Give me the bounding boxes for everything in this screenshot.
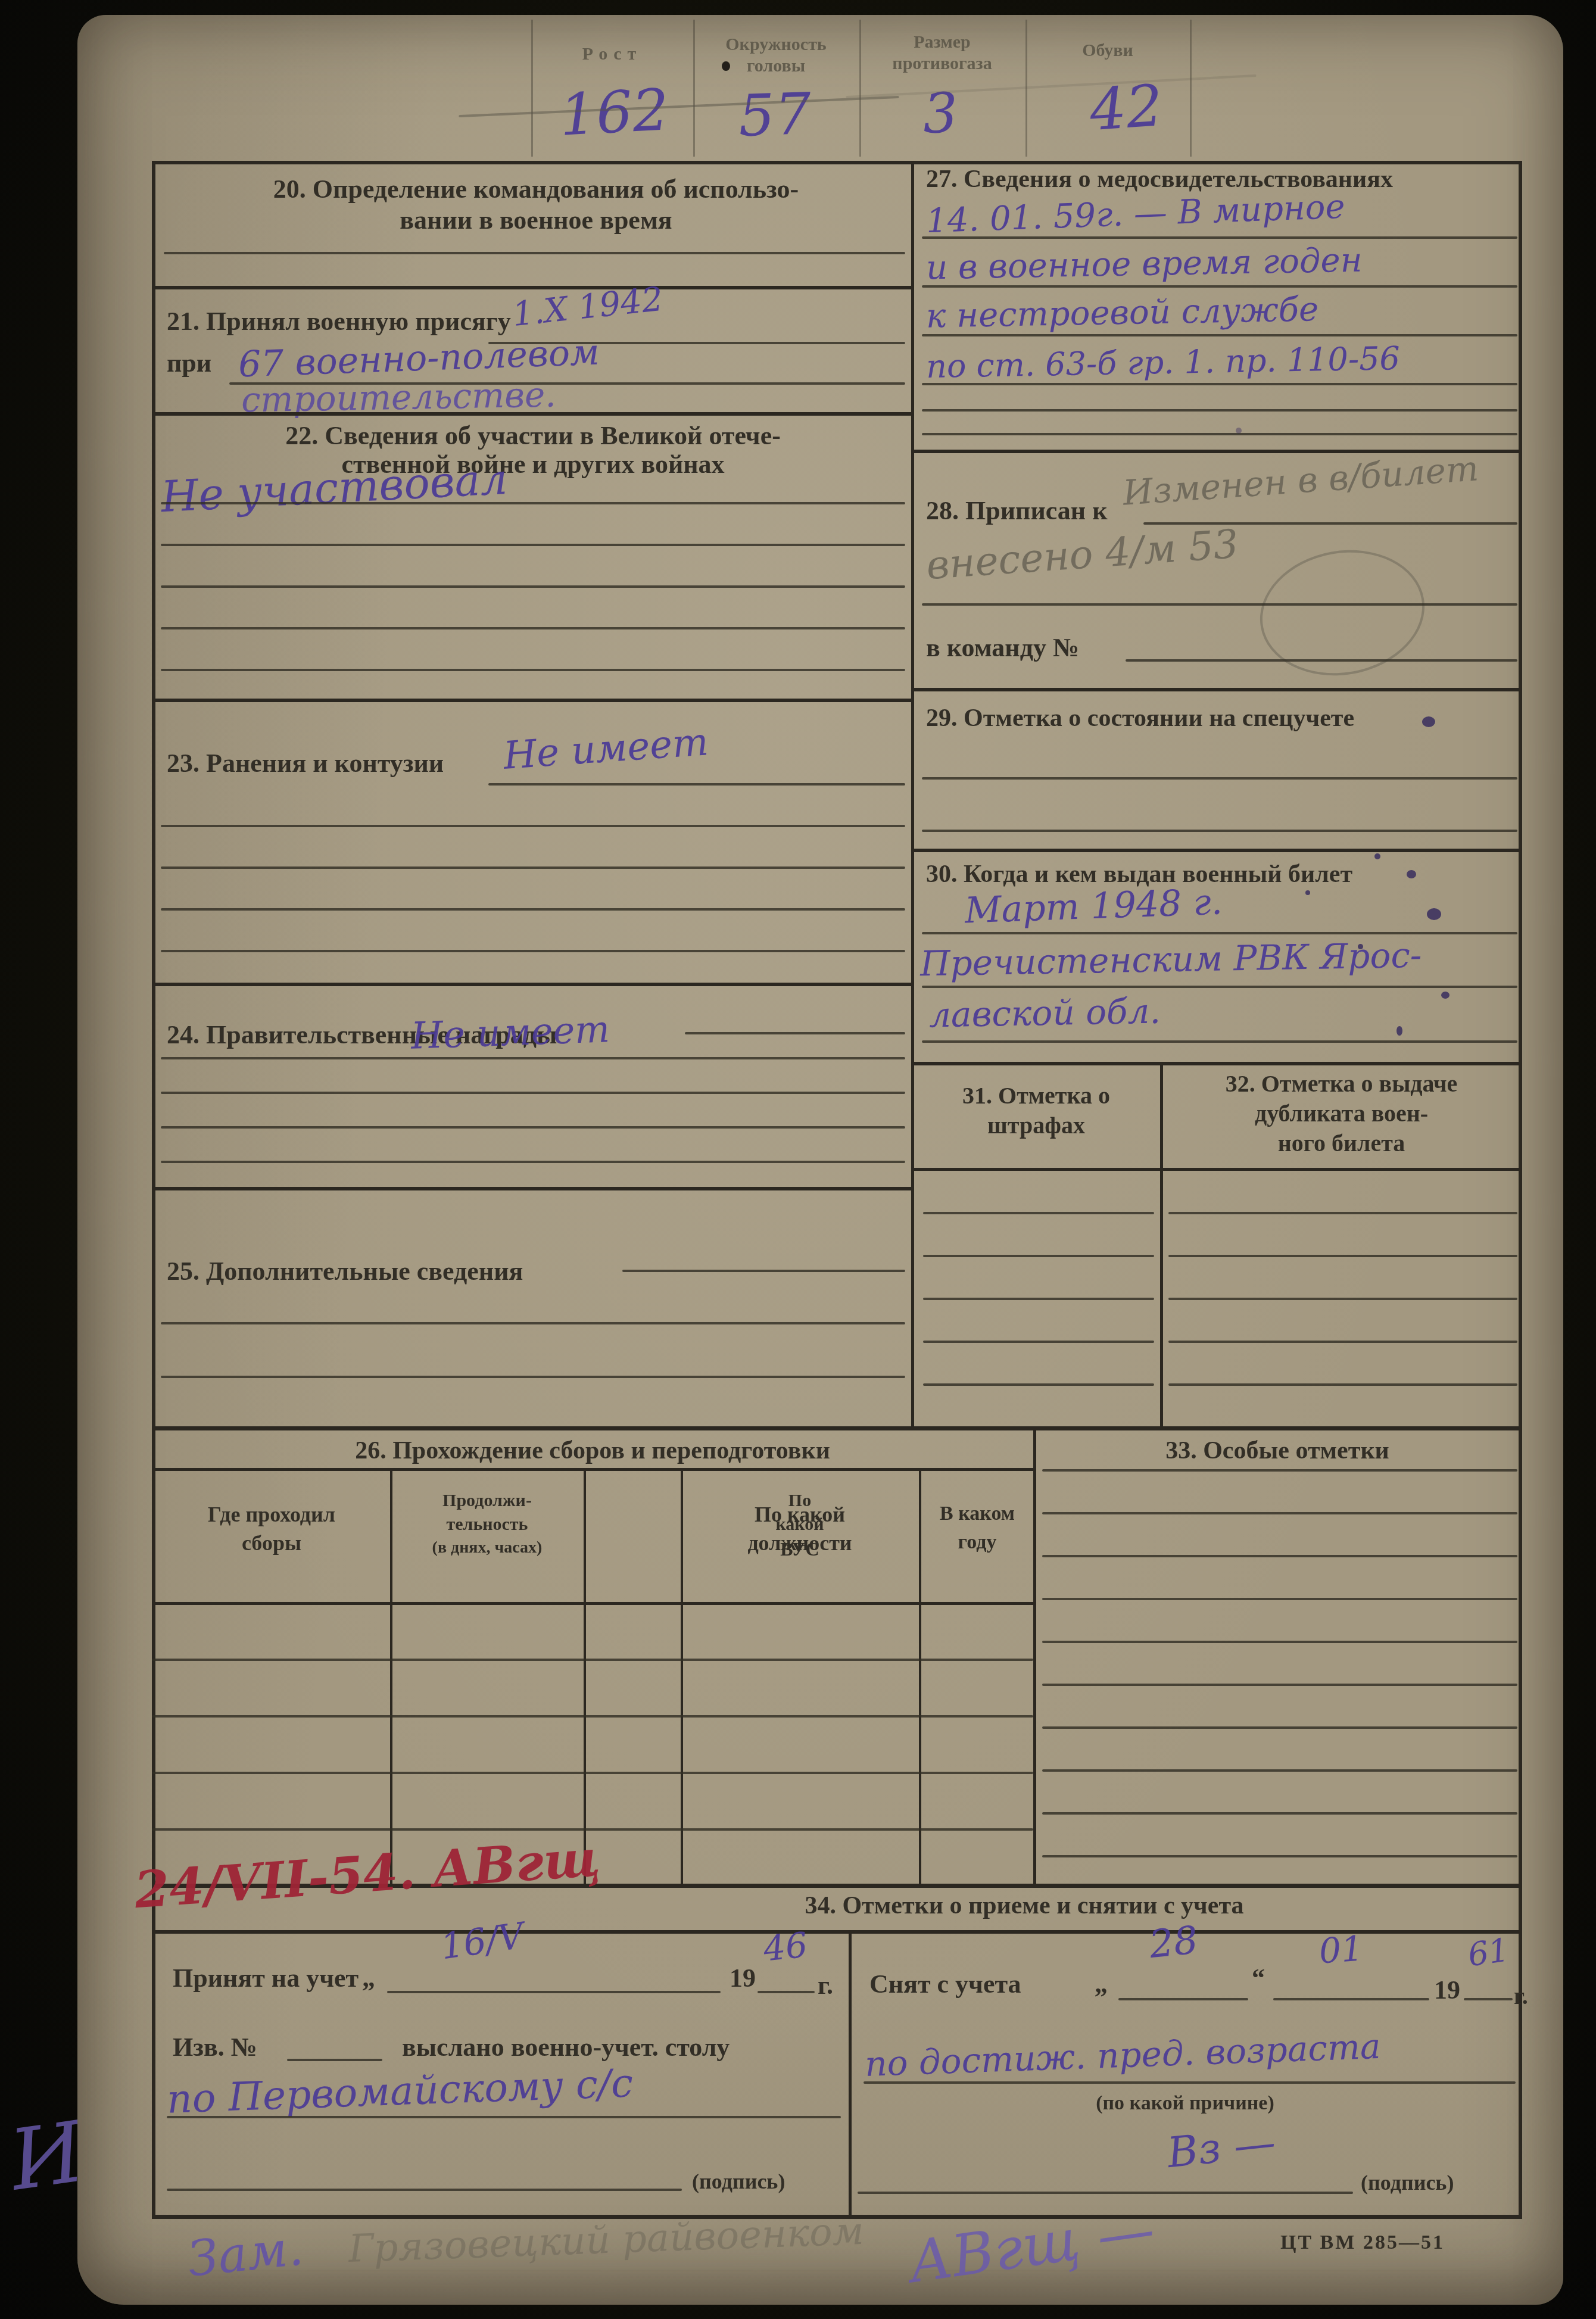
section-32-title: 32. Отметка о выдаче (1164, 1070, 1519, 1098)
registered-year-prefix: 19 (730, 1963, 756, 1993)
hand-pencil-note-2: внесено 4/м 53 (925, 521, 1240, 588)
hand-deregistered-month: 01 (1318, 1928, 1364, 1972)
col-header-year-2: году (921, 1531, 1033, 1554)
izv-label: Изв. № (173, 2033, 257, 2062)
form-code: ЦТ ВМ 285—51 (1280, 2231, 1445, 2255)
section-28-team-label: в команду № (926, 633, 1079, 663)
pencil-stroke (846, 74, 1256, 98)
ruled-line (488, 783, 905, 786)
section-21-label: 21. Принял военную присягу (167, 307, 511, 336)
ruled-line (161, 1376, 905, 1378)
ink-speck (1422, 716, 1435, 727)
section-32-title-2: дубликата воен- (1164, 1100, 1519, 1127)
table-row-line (152, 1659, 1033, 1661)
ruled-line (161, 1161, 905, 1163)
ruled-line (161, 866, 905, 869)
ruled-line (287, 2059, 382, 2061)
hand-awards: Не имеет (410, 1007, 610, 1058)
ruled-line (161, 908, 905, 911)
section-divider (152, 412, 914, 416)
ruled-line (161, 585, 905, 588)
table-border (1519, 161, 1522, 2219)
column-divider (1033, 1426, 1036, 1886)
ruled-line (922, 383, 1517, 385)
section-31-title-2: штрафах (914, 1112, 1158, 1139)
measure-label-mask-1: Размер (863, 32, 1021, 53)
column-divider (849, 1930, 852, 2217)
ruled-line (1126, 659, 1517, 662)
section-26-title: 26. Прохождение сборов и переподготовки (152, 1437, 1033, 1466)
ruled-line (758, 1991, 815, 1993)
ruled-line (161, 627, 905, 629)
ruled-line (161, 825, 905, 827)
ruled-line (923, 1341, 1154, 1343)
ruled-line (1042, 1855, 1517, 1857)
ruled-line (923, 1383, 1154, 1386)
ruled-line (1042, 1555, 1517, 1557)
section-28-label: 28. Приписан к (926, 496, 1108, 526)
ruled-line (922, 986, 1517, 988)
section-21-at-label: при (167, 348, 211, 378)
hand-deregistered-day: 28 (1147, 1918, 1200, 1967)
section-divider (914, 688, 1519, 691)
hand-ticket-issuer-2: лавской обл. (928, 991, 1161, 1036)
hand-pencil-note-1: Изменен в в/билет (1121, 448, 1480, 513)
ruled-line (1168, 1341, 1517, 1343)
measure-label-head-1: Окружность (697, 34, 855, 55)
measure-label-rost: Рост (537, 43, 687, 65)
section-29-title: 29. Отметка о состоянии на спецучете (926, 705, 1354, 733)
ruled-line (1042, 1812, 1517, 1815)
ruled-line (922, 334, 1517, 336)
hand-registered-year: 46 (762, 1924, 810, 1969)
table-divider (693, 20, 695, 157)
hand-ticket-issuer: Пречистенским РВК Ярос- (919, 935, 1422, 984)
col-header-position-2: должности (683, 1531, 917, 1556)
deregistered-open-quote: „ (1095, 1969, 1108, 1999)
measure-label-shoes: Обуви (1029, 40, 1186, 61)
ink-speck (1374, 853, 1380, 859)
section-divider (914, 1062, 1519, 1065)
hand-medical-4: по ст. 63-б гр. 1. пр. 110-56 (926, 339, 1401, 385)
ruled-line (922, 1040, 1517, 1043)
ruled-line (161, 1126, 905, 1129)
ruled-line (922, 409, 1517, 412)
ruled-line (923, 1298, 1154, 1300)
ruled-line (1168, 1383, 1517, 1386)
ruled-line (167, 2116, 841, 2118)
ruled-line (923, 1212, 1154, 1214)
ruled-line (685, 1032, 905, 1034)
table-divider (390, 1468, 392, 1884)
deregistered-year-prefix: 19 (1434, 1975, 1460, 2005)
ruled-line (1168, 1298, 1517, 1300)
ruled-line (922, 236, 1517, 239)
section-divider (152, 699, 914, 702)
ruled-line (1042, 1469, 1517, 1472)
hand-registered-day: 16/V (438, 1915, 526, 1968)
table-border (152, 1930, 1522, 1934)
table-divider (584, 1468, 586, 1884)
hand-medical-2: и в военное время годен (925, 241, 1363, 288)
header-underline (152, 1468, 1033, 1471)
ink-speck (1236, 428, 1242, 434)
col-header-duration: Продолжи- (393, 1491, 581, 1511)
pencil-flourish (1250, 537, 1435, 688)
table-divider (919, 1468, 921, 1884)
hand-red-note: 24/VII-54. АВгщ (133, 1828, 603, 1919)
ruled-line (858, 2192, 1353, 2194)
section-25-label: 25. Дополнительные сведения (167, 1257, 523, 1286)
table-border (152, 161, 1522, 164)
cause-label: (по какой причине) (1018, 2092, 1352, 2115)
ruled-line (161, 1092, 905, 1094)
ink-speck (1427, 908, 1441, 920)
registered-year-suffix: г. (818, 1971, 833, 2000)
ruled-line (622, 1270, 905, 1272)
table-border (152, 1426, 1522, 1430)
col-header-where: Где проходил (155, 1503, 388, 1527)
ruled-line (1273, 1998, 1429, 2000)
section-divider (152, 286, 914, 289)
hand-dereg-signature: Вз — (1165, 2118, 1277, 2178)
signature-label-left: (подпись) (692, 2170, 785, 2194)
hand-dereg-reason: по достиж. пред. возраста (864, 2026, 1381, 2084)
ruled-line (161, 1057, 905, 1059)
ruled-line (1168, 1212, 1517, 1214)
deregistered-close-quote: “ (1252, 1963, 1265, 1993)
ruled-line (161, 669, 905, 671)
table-divider (859, 20, 861, 157)
measurements-strip: Рост Окружность головы Размер противогаз… (77, 15, 1563, 161)
section-divider (152, 983, 914, 986)
hand-medical-1: 14. 01. 59г. — В мирное (925, 188, 1346, 241)
hand-sent-to: по Первомайскому с/с (166, 2060, 634, 2122)
document-card: Рост Окружность головы Размер противогаз… (77, 15, 1563, 2305)
ink-speck (1441, 992, 1450, 999)
measure-value-head: 57 (737, 80, 812, 149)
column-divider (911, 161, 914, 1428)
ruled-line (923, 1255, 1154, 1257)
ruled-line (922, 830, 1517, 832)
measure-label-head-2: головы (697, 55, 855, 77)
ruled-line (161, 950, 905, 952)
ruled-line (161, 502, 905, 504)
scanned-military-card-photo: И Рост Окружность головы Размер противог… (0, 0, 1596, 2319)
col-header-duration-2: тельность (393, 1514, 581, 1535)
ruled-line (1042, 1512, 1517, 1514)
hand-bottom-signature: АВгщ — (905, 2196, 1158, 2296)
section-20-title-2: вании в военное время (173, 205, 899, 235)
deregistered-year-suffix: г. (1514, 1983, 1528, 2010)
col-header-duration-3: (в днях, часах) (393, 1538, 581, 1557)
col-header-year: В каком (921, 1503, 1033, 1526)
section-22-title: 22. Сведения об участии в Великой отече- (167, 421, 899, 451)
ruled-line (922, 932, 1517, 934)
ruled-line (922, 777, 1517, 780)
ruled-line (1042, 1769, 1517, 1772)
section-32-title-3: ного билета (1164, 1130, 1519, 1157)
table-divider (531, 20, 533, 157)
hand-deregistered-year: 61 (1466, 1931, 1511, 1974)
ruled-line (387, 1991, 721, 1993)
ruled-line (161, 1322, 905, 1324)
ruled-line (1042, 1726, 1517, 1729)
hand-medical-3: к нестроевой службе (925, 290, 1318, 335)
hand-wounds: Не имеет (502, 720, 710, 778)
ruled-line (161, 544, 905, 546)
ruled-line (1464, 1998, 1513, 2000)
ruled-line (1042, 1684, 1517, 1686)
table-row-line (152, 1715, 1033, 1718)
ruled-line (164, 252, 905, 254)
ink-speck (722, 61, 730, 71)
ruled-line (922, 433, 1517, 435)
ruled-line (1118, 1998, 1248, 2000)
col-header-where-2: сборы (155, 1531, 388, 1556)
ruled-line (922, 285, 1517, 288)
measure-value-height: 162 (558, 76, 671, 148)
table-divider (1190, 20, 1192, 157)
ruled-line (1042, 1598, 1517, 1600)
ruled-line (1168, 1255, 1517, 1257)
ruled-line (1042, 1641, 1517, 1643)
signature-label-right: (подпись) (1361, 2171, 1454, 2195)
section-divider (152, 1187, 914, 1190)
pencil-stroke (459, 96, 899, 117)
ink-speck (1305, 890, 1310, 895)
ink-speck (1407, 870, 1416, 878)
section-23-label: 23. Ранения и контузии (167, 749, 444, 778)
registered-open-quote: „ (362, 1963, 375, 1993)
table-row-line (152, 1772, 1033, 1774)
section-34-title: 34. Отметки о приеме и снятии с учета (631, 1892, 1417, 1921)
column-divider (1160, 1062, 1163, 1427)
section-divider (914, 849, 1519, 852)
header-underline (914, 1168, 1519, 1171)
section-20-title: 20. Определение командования об использо… (173, 174, 899, 204)
registered-label: Принят на учет (173, 1963, 359, 1993)
ruled-line (922, 603, 1517, 606)
measure-label-mask-2: противогаза (863, 53, 1021, 74)
hand-zam-note: Зам. (185, 2220, 306, 2288)
hand-ticket-date: Март 1948 г. (964, 881, 1223, 931)
header-underline (152, 1602, 1033, 1605)
ink-speck (1396, 1026, 1402, 1036)
deregistered-label: Снят с учета (869, 1969, 1021, 1999)
section-31-title: 31. Отметка о (914, 1082, 1158, 1109)
izv-label-2: выслано военно-учет. столу (402, 2033, 730, 2062)
section-33-title: 33. Особые отметки (1033, 1437, 1522, 1466)
ruled-line (167, 2189, 682, 2191)
ink-speck (1358, 944, 1363, 949)
col-header-position: По какой (683, 1503, 917, 1527)
ruled-line (864, 2081, 1516, 2084)
